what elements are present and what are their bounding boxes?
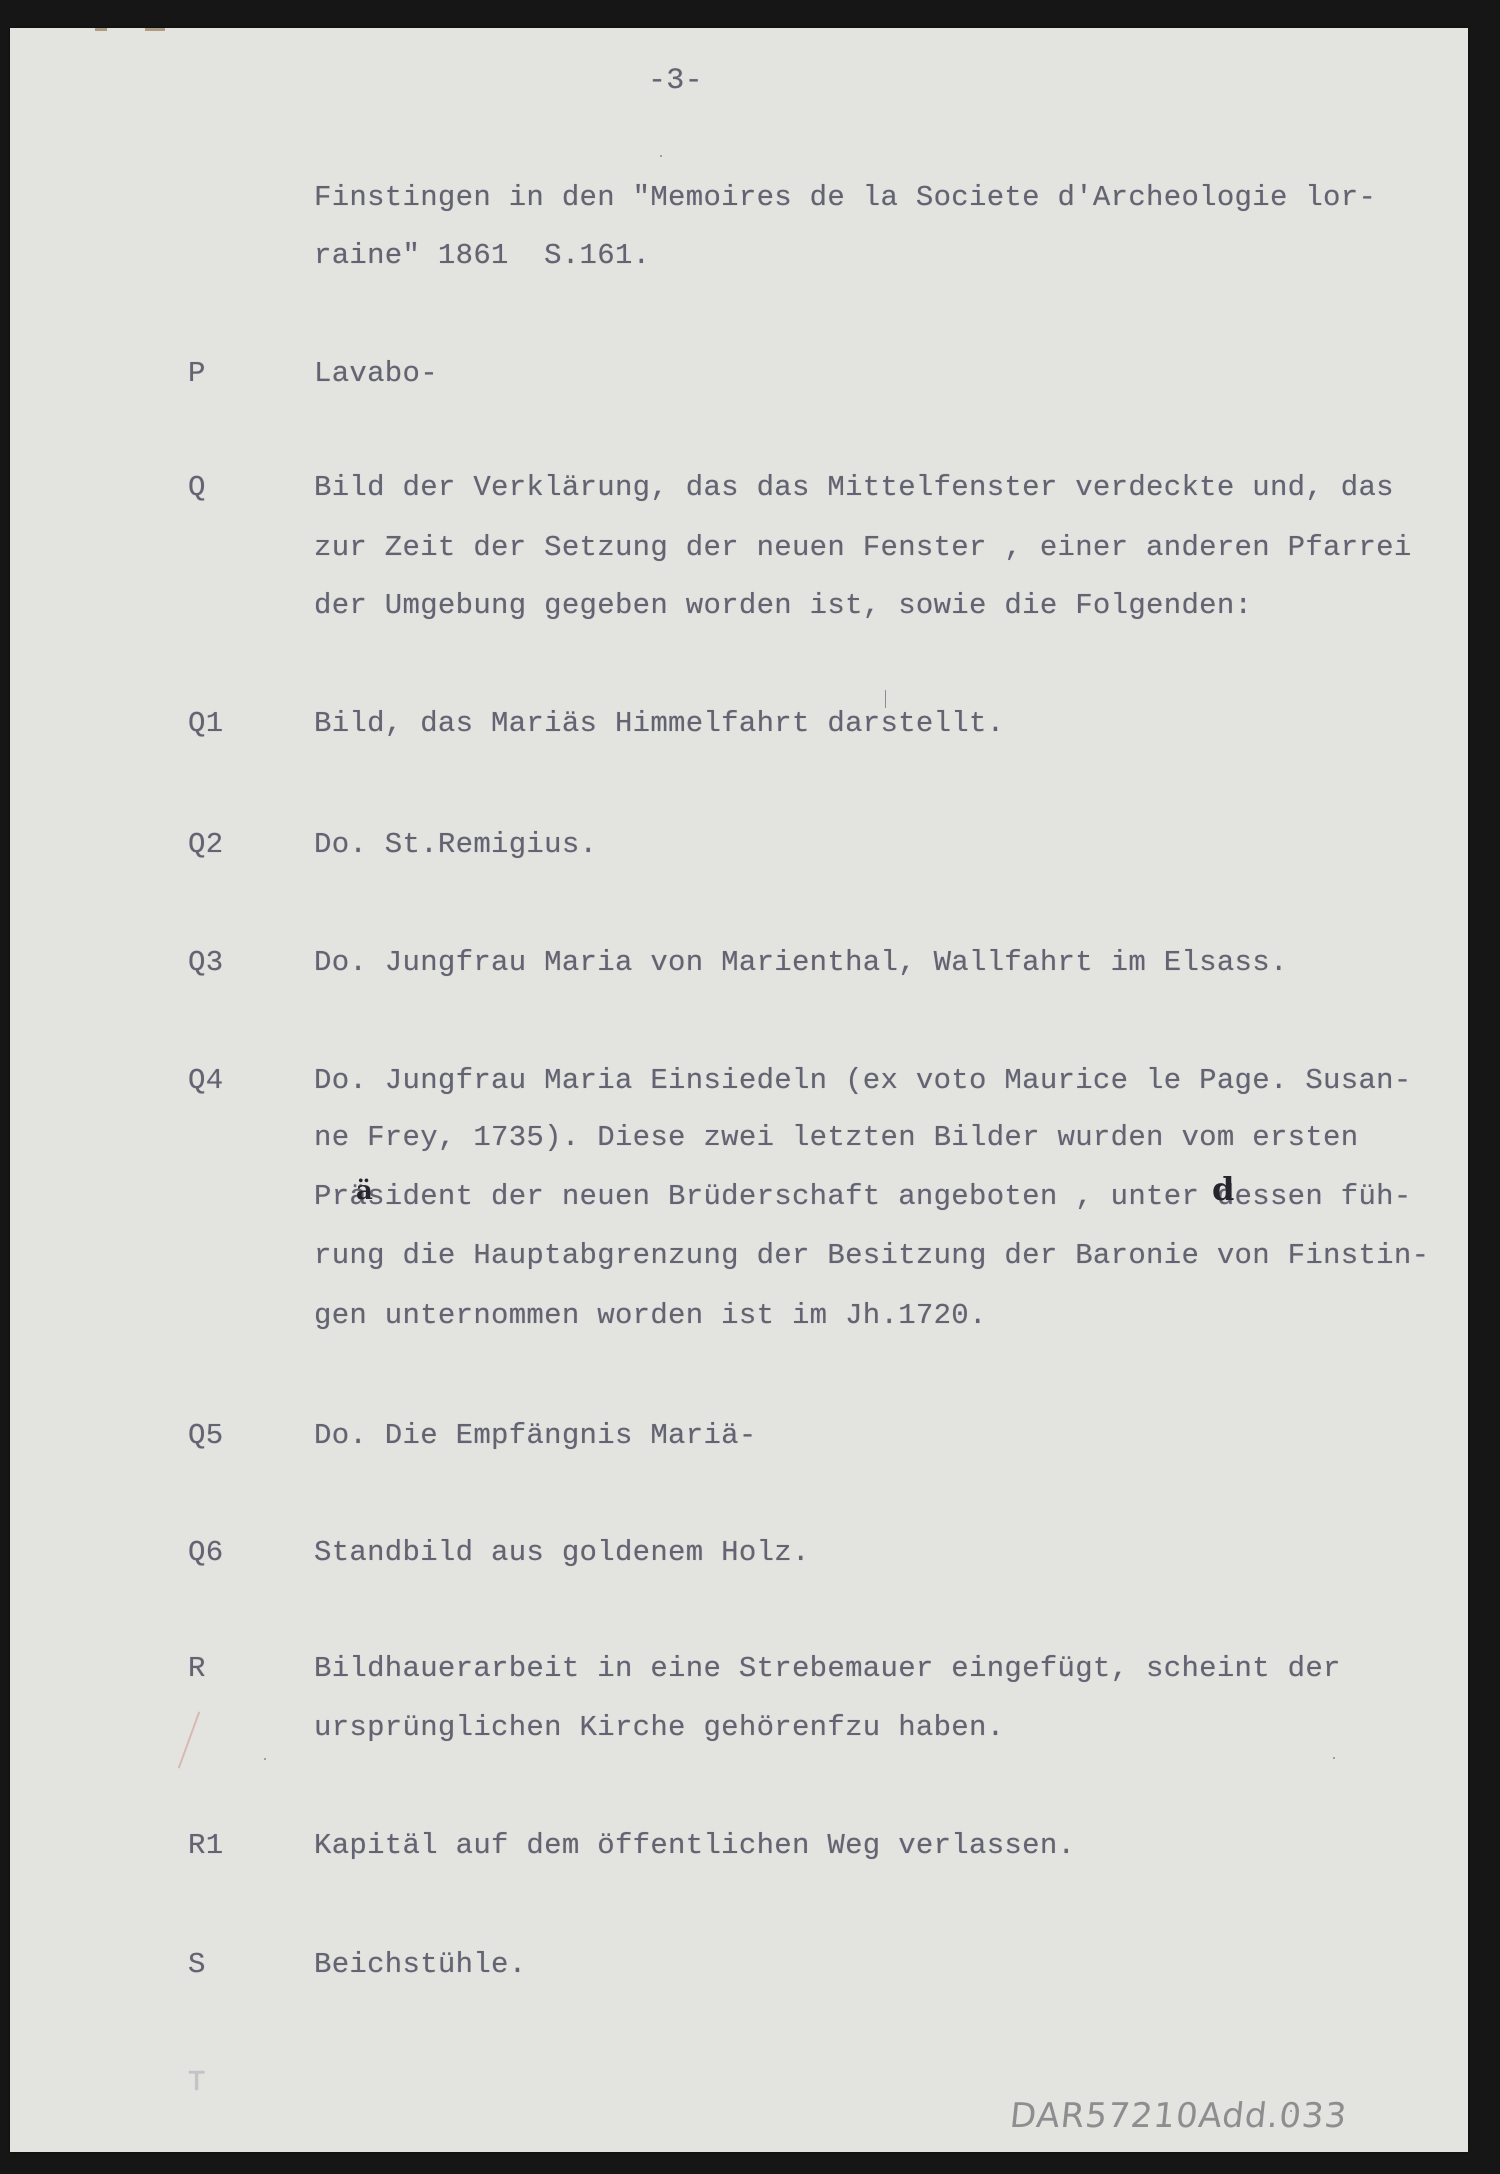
entry-text-r1: Kapitäl auf dem öffentlichen Weg verlass… (314, 1831, 1075, 1861)
entry-label-r: R (188, 1654, 206, 1684)
entry-label-s: S (188, 1950, 206, 1980)
entry-text-s: Beichstühle. (314, 1950, 526, 1980)
entry-label-q6: Q6 (188, 1538, 223, 1568)
entry-label-q2: Q2 (188, 830, 223, 860)
entry-text-q3: Do. Jungfrau Maria von Marienthal, Wallf… (314, 948, 1288, 978)
entry-text-q4: gen unternommen worden ist im Jh.1720. (314, 1301, 987, 1331)
entry-text-r: ursprünglichen Kirche gehörenfzu haben. (314, 1713, 1004, 1743)
entry-text-q5: Do. Die Empfängnis Mariä- (314, 1421, 757, 1451)
entry-text-q4: ne Frey, 1735). Diese zwei letzten Bilde… (314, 1123, 1358, 1153)
entry-text-p: Lavabo- (314, 359, 438, 389)
entry-text-q: Bild der Verklärung, das das Mittelfenst… (314, 473, 1394, 503)
entry-text-q4: rung die Hauptabgrenzung der Besitzung d… (314, 1241, 1429, 1271)
entry-label-q1: Q1 (188, 709, 223, 739)
paper-speck (885, 690, 886, 708)
intro-line: Finstingen in den "Memoires de la Societ… (314, 183, 1376, 213)
entry-label-q5: Q5 (188, 1421, 223, 1451)
entry-text-q6: Standbild aus goldenem Holz. (314, 1538, 810, 1568)
entry-label-q: Q (188, 473, 206, 503)
entry-text-q4: Do. Jungfrau Maria Einsiedeln (ex voto M… (314, 1066, 1412, 1096)
paper-tear-mark (95, 28, 107, 31)
handwritten-correction-a-umlaut: ä (356, 1176, 373, 1206)
entry-text-r: Bildhauerarbeit in eine Strebemauer eing… (314, 1654, 1341, 1684)
paper-speck (1333, 1757, 1335, 1759)
paper-speck (264, 1758, 266, 1760)
paper-speck (1290, 2110, 1292, 2112)
entry-text-q: zur Zeit der Setzung der neuen Fenster ,… (314, 533, 1412, 563)
entry-text-q2: Do. St.Remigius. (314, 830, 597, 860)
entry-label-q4: Q4 (188, 1066, 223, 1096)
entry-label-p: P (188, 359, 206, 389)
page-number: -3- (648, 66, 703, 96)
handwritten-correction-d: d (1212, 1170, 1234, 1208)
intro-line: raine" 1861 S.161. (314, 241, 650, 271)
archive-reference-stamp: DAR57210Add.033 (1008, 2096, 1349, 2136)
entry-text-q: der Umgebung gegeben worden ist, sowie d… (314, 591, 1252, 621)
entry-text-q4: Präsident der neuen Brüderschaft angebot… (314, 1182, 1412, 1212)
entry-label-r1: R1 (188, 1831, 223, 1861)
entry-label-t: T (188, 2068, 206, 2098)
paper-tear-mark (145, 28, 165, 31)
entry-label-q3: Q3 (188, 948, 223, 978)
paper-speck (660, 155, 662, 157)
entry-text-q1: Bild, das Mariäs Himmelfahrt darstellt. (314, 709, 1004, 739)
